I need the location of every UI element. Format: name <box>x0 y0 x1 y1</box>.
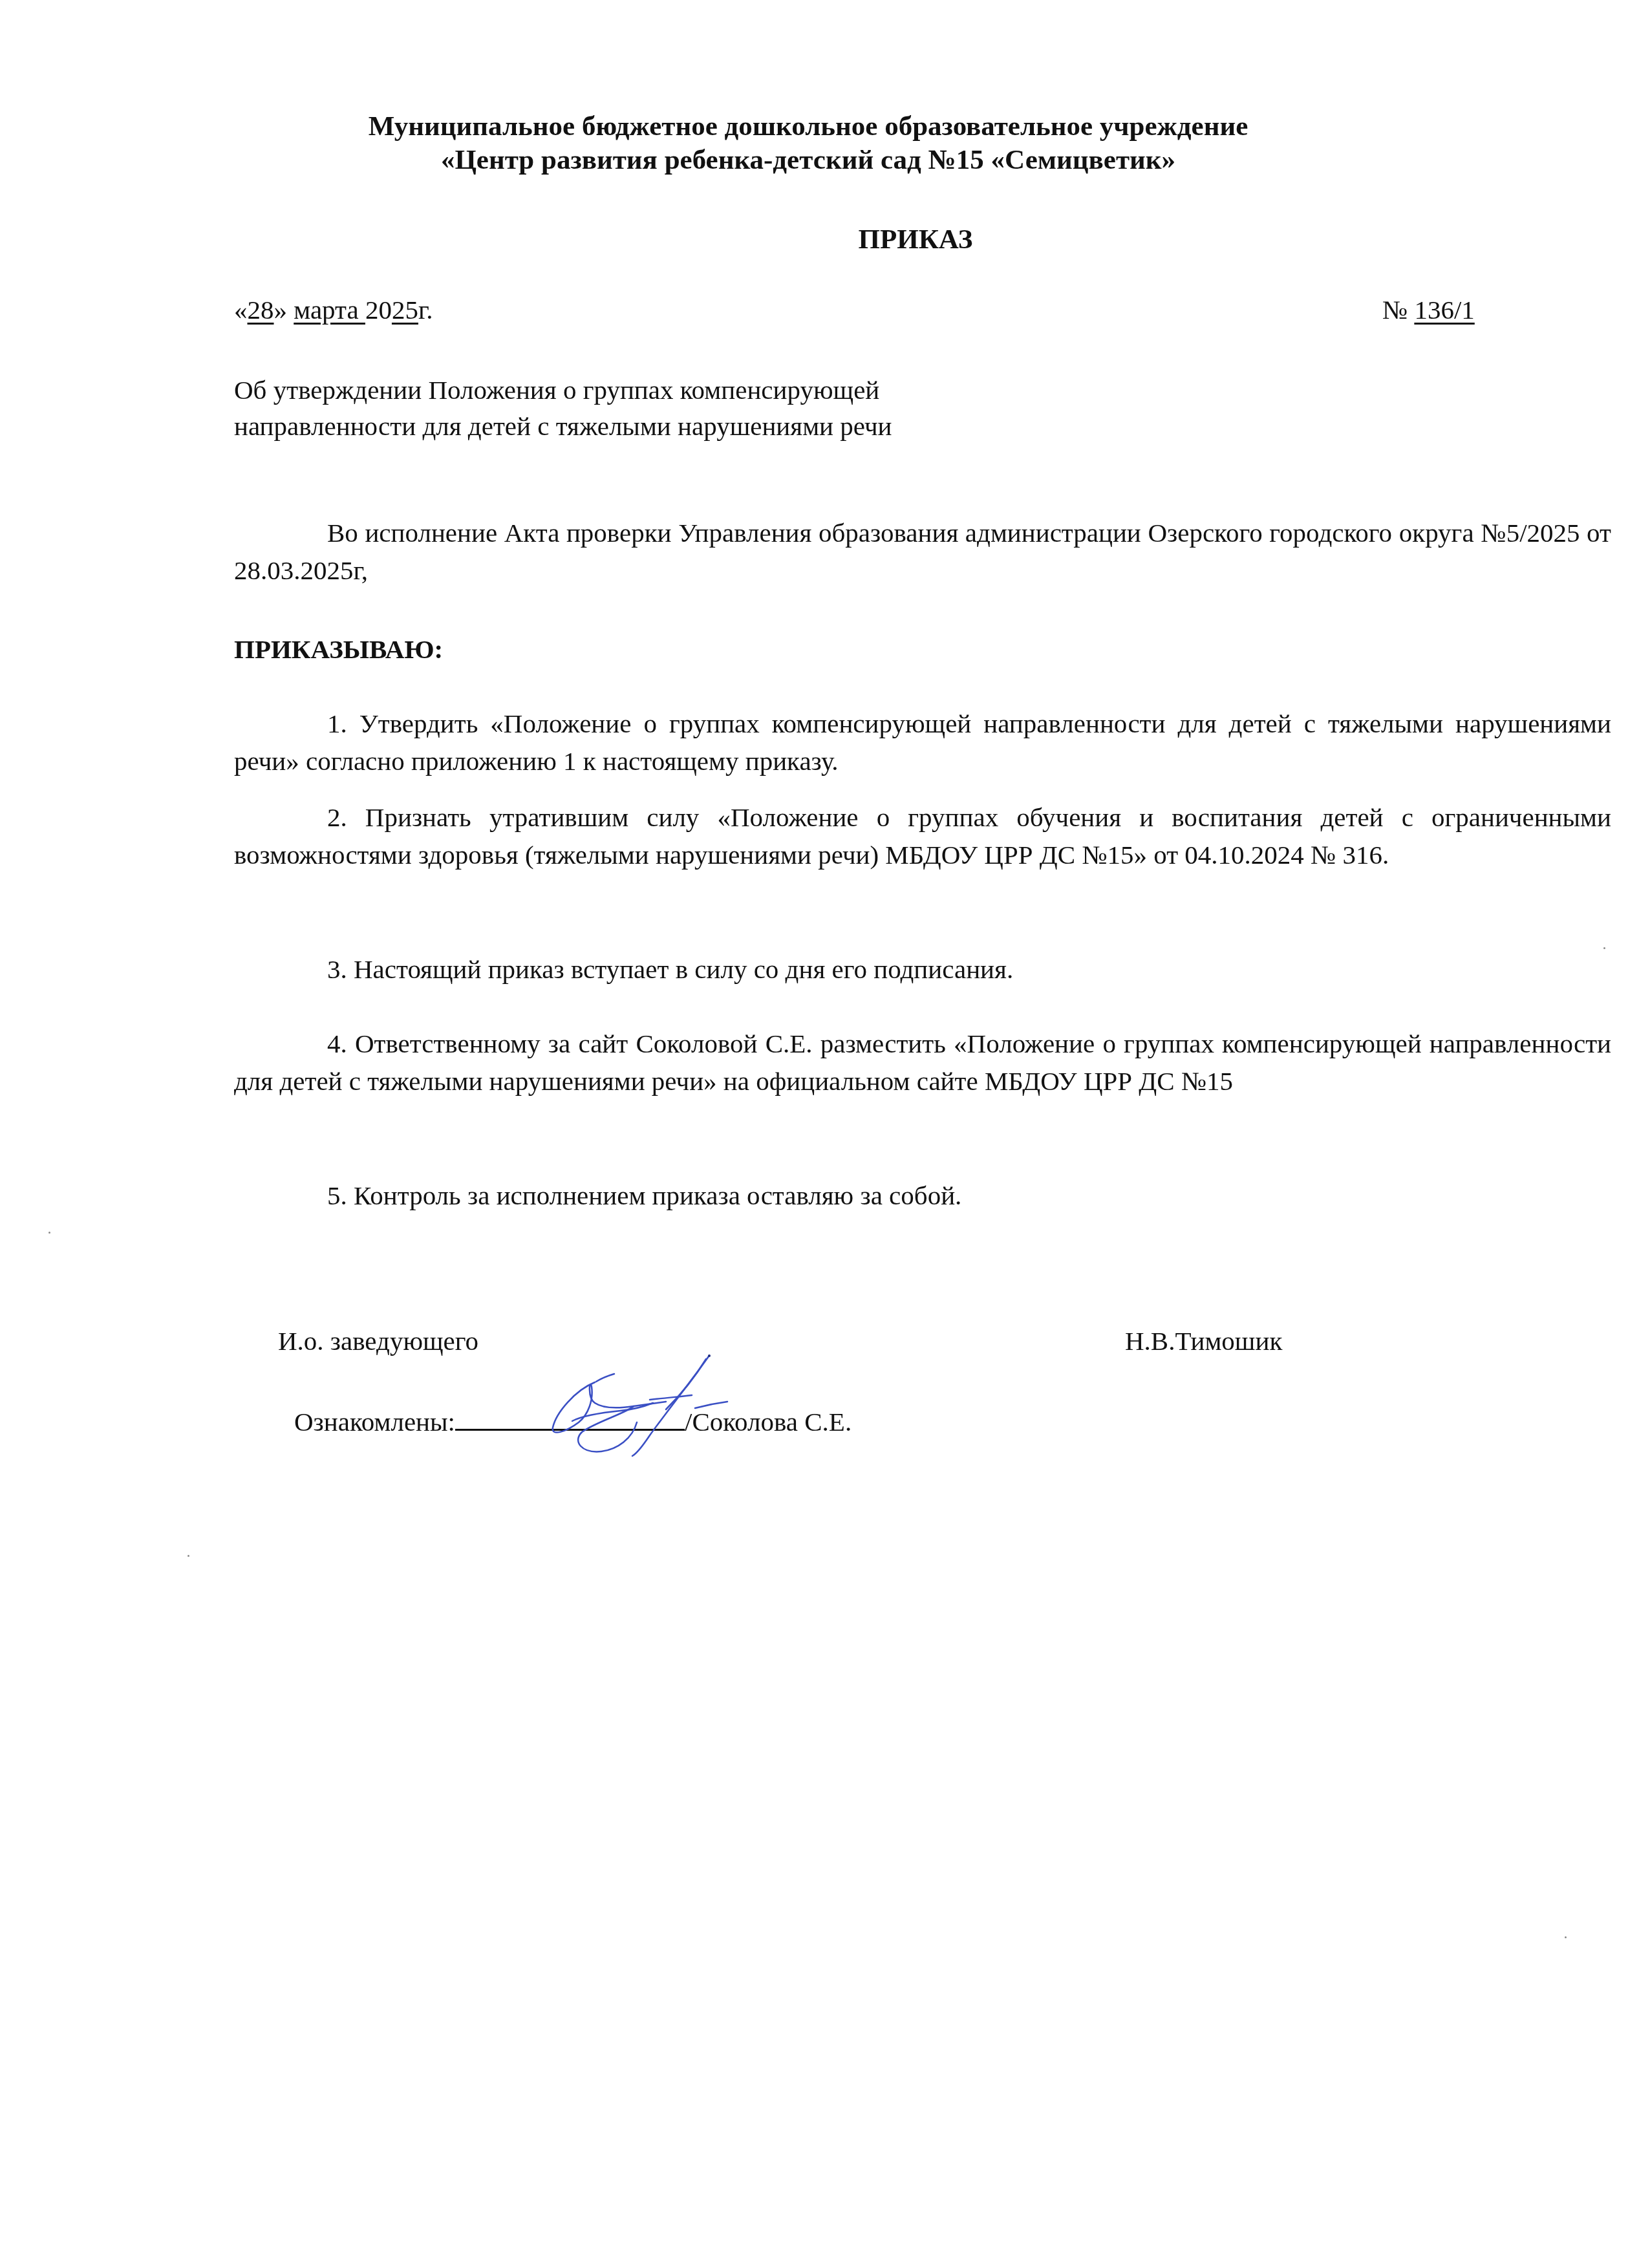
order-item-text: 3. Настоящий приказ вступает в силу со д… <box>327 954 1013 984</box>
signatory-name: Н.В.Тимошик <box>1125 1325 1282 1357</box>
scan-speck <box>48 1232 50 1234</box>
order-item-text: 2. Признать утратившим силу «Положение о… <box>234 802 1611 870</box>
subject-line1: Об утверждении Положения о группах компе… <box>234 372 1139 408</box>
order-item-2: 2. Признать утратившим силу «Положение о… <box>234 798 1611 873</box>
order-item-text: 4. Ответственному за сайт Соколовой С.Е.… <box>234 1029 1611 1096</box>
date-month: марта <box>294 295 365 325</box>
subject-line2: направленности для детей с тяжелыми нару… <box>234 408 1139 444</box>
order-item-text: 1. Утвердить «Положение о группах компен… <box>234 709 1611 776</box>
organization-header: Муниципальное бюджетное дошкольное образ… <box>0 110 1650 177</box>
order-item-text: 5. Контроль за исполнением приказа остав… <box>327 1181 961 1210</box>
order-number: № 136/1 <box>1382 294 1475 326</box>
preamble: Во исполнение Акта проверки Управления о… <box>234 514 1611 589</box>
order-item-4: 4. Ответственному за сайт Соколовой С.Е.… <box>234 1025 1611 1100</box>
date-year-prefix: 20 <box>365 295 392 325</box>
order-item-3: 3. Настоящий приказ вступает в силу со д… <box>234 950 1611 988</box>
date-open-quote: « <box>234 295 248 325</box>
handwritten-signature-icon <box>537 1351 731 1461</box>
date-suffix: г. <box>418 295 433 325</box>
preamble-text: Во исполнение Акта проверки Управления о… <box>234 518 1611 585</box>
date-close-quote: » <box>274 295 294 325</box>
order-date: «28» марта 2025г. <box>234 294 433 326</box>
order-item-5: 5. Контроль за исполнением приказа остав… <box>234 1177 1611 1214</box>
order-number-prefix: № <box>1382 295 1414 325</box>
date-day: 28 <box>248 295 274 325</box>
document-title: ПРИКАЗ <box>0 223 1650 257</box>
organization-name-line2: «Центр развития ребенка-детский сад №15 … <box>194 144 1422 177</box>
order-item-1: 1. Утвердить «Положение о группах компен… <box>234 705 1611 780</box>
acknowledgement-label: Ознакомлены: <box>294 1407 455 1437</box>
scan-speck <box>1603 947 1605 949</box>
order-number-value: 136/1 <box>1414 295 1474 325</box>
organization-name-line1: Муниципальное бюджетное дошкольное образ… <box>194 110 1422 144</box>
orders-heading: ПРИКАЗЫВАЮ: <box>234 634 443 665</box>
order-subject: Об утверждении Положения о группах компе… <box>234 372 1139 444</box>
scan-speck <box>1565 1936 1567 1938</box>
signatory-role: И.о. заведующего <box>278 1325 478 1357</box>
scan-speck <box>187 1555 189 1557</box>
date-year-suffix: 25 <box>392 295 418 325</box>
